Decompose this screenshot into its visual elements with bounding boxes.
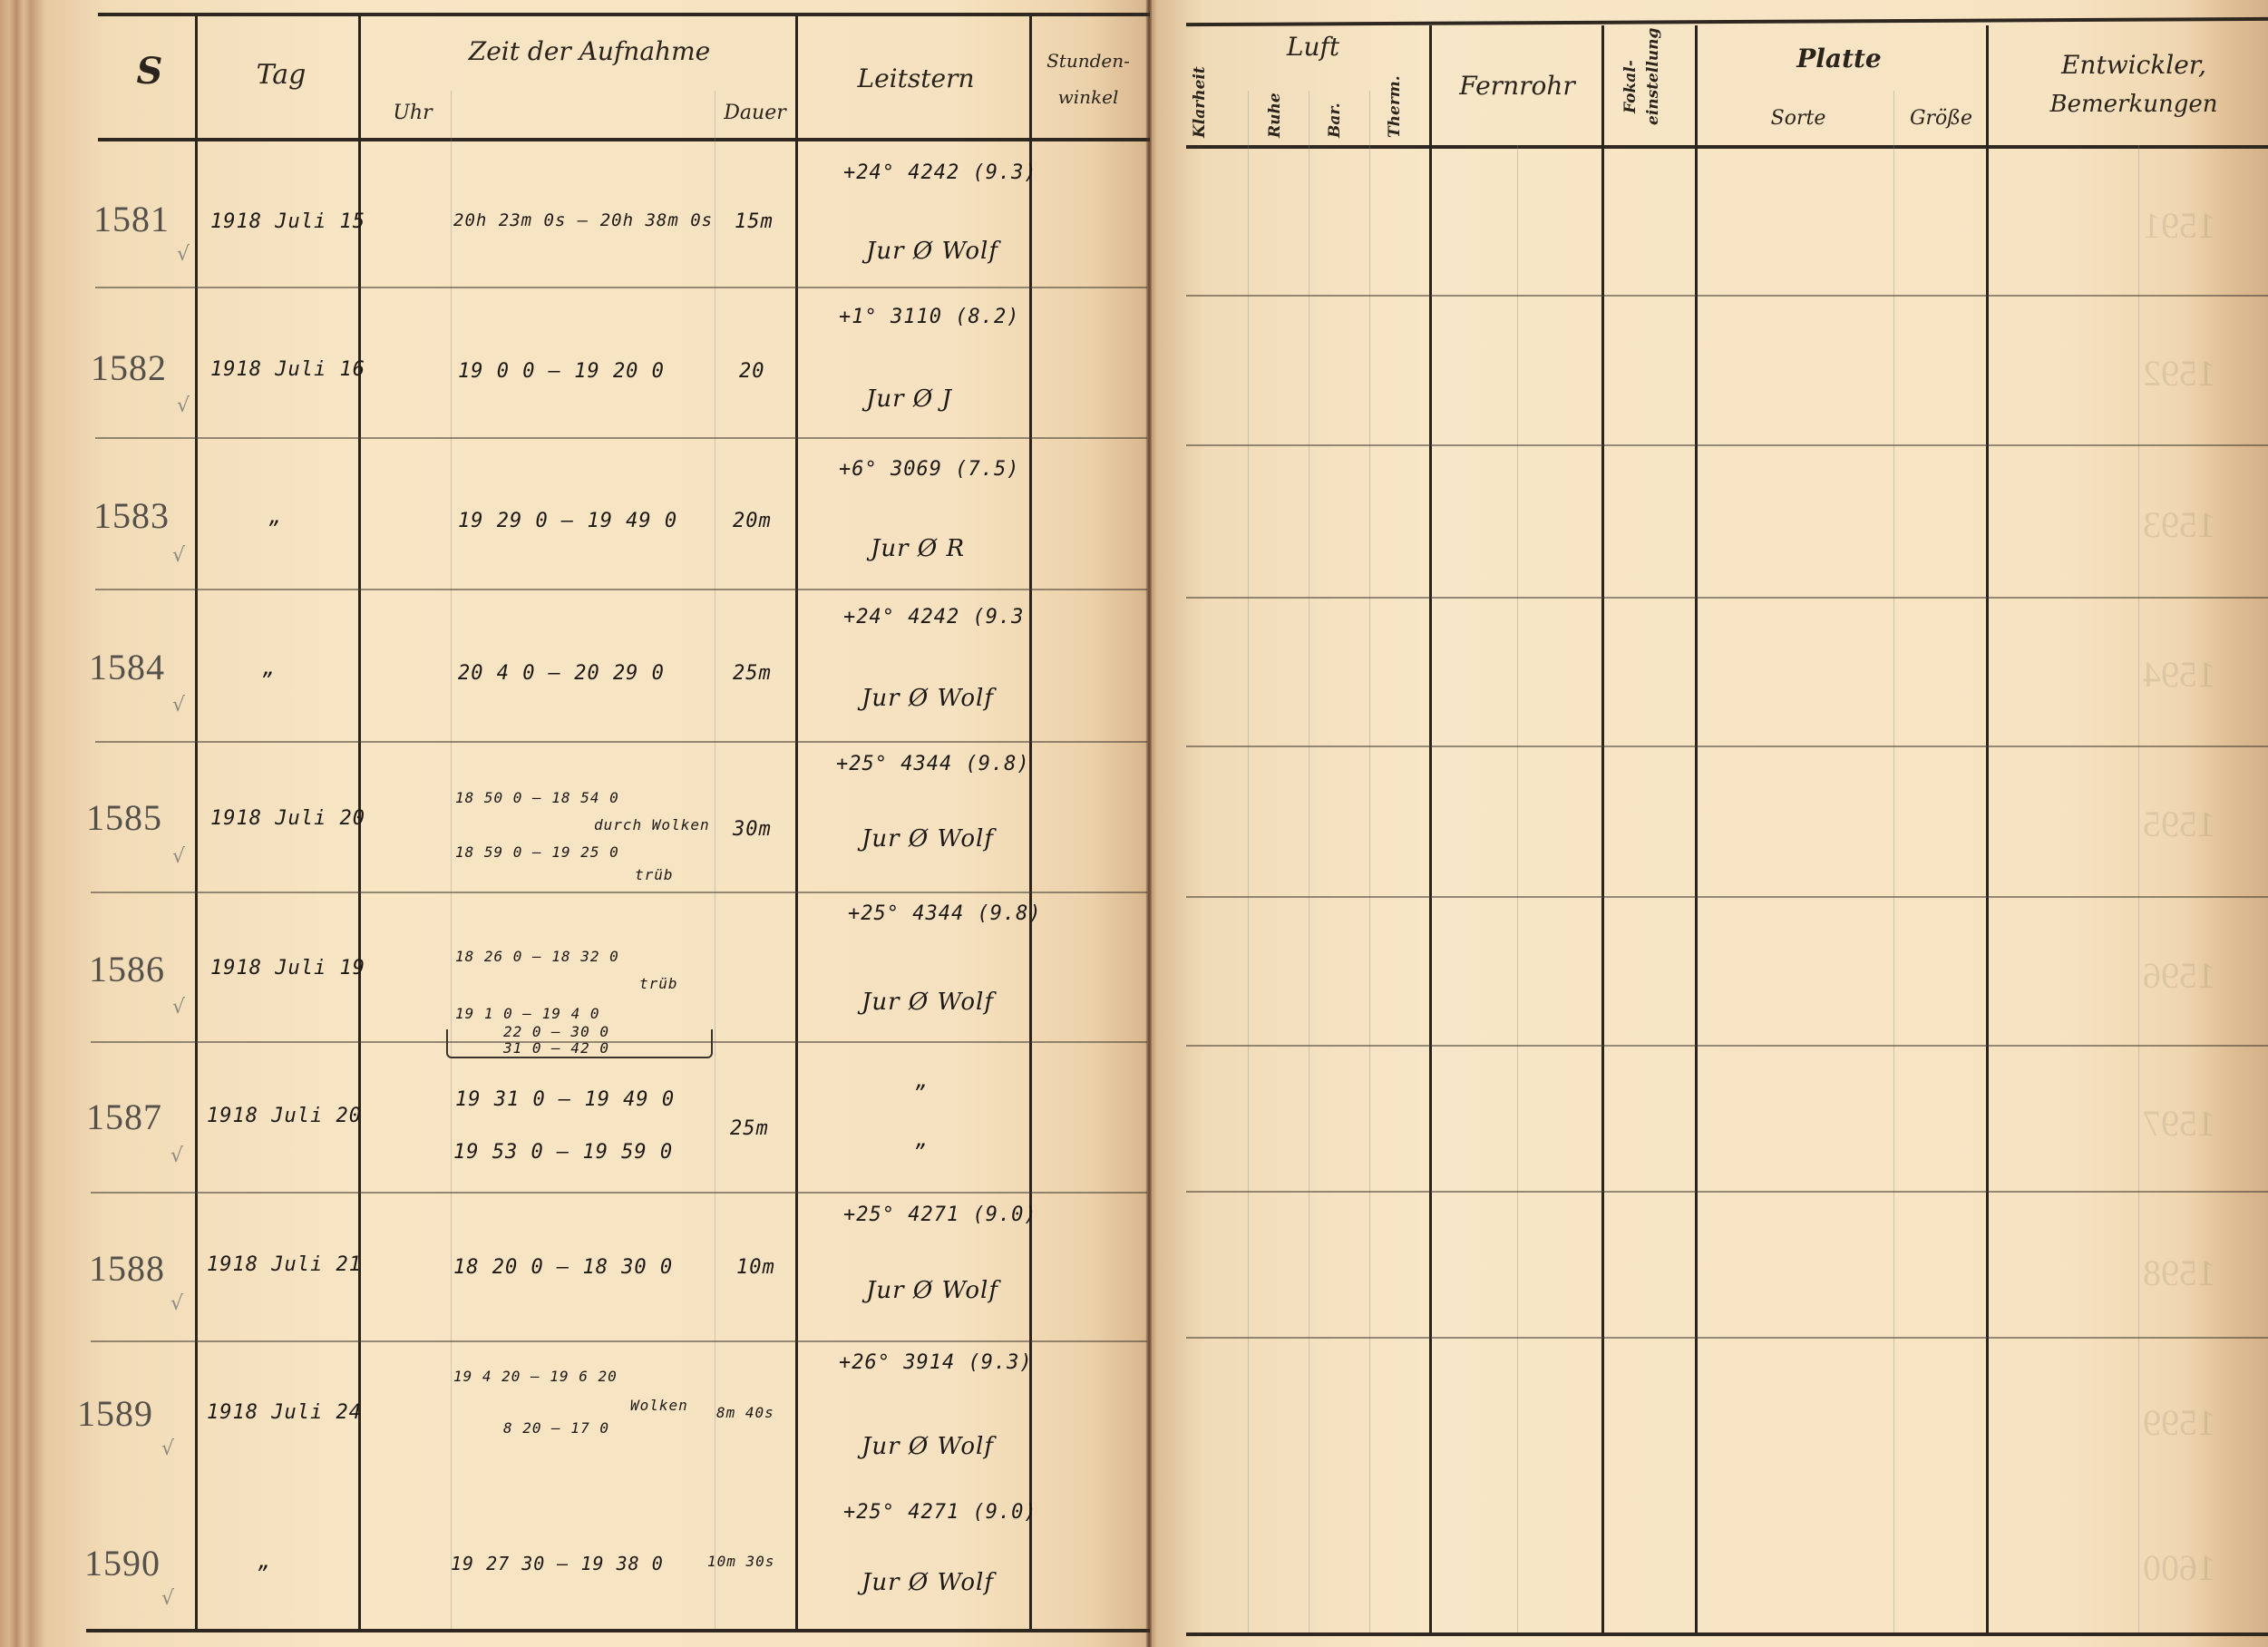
uhr-value: 19 4 20 – 19 6 20 [453, 1368, 618, 1385]
tag-value: 1918 Juli 15 [210, 210, 365, 233]
uhr-note: durch Wolken [594, 816, 710, 833]
column-divider-dauer [715, 91, 715, 1629]
row-line [1186, 1337, 2268, 1339]
check-mark: √ [161, 1437, 174, 1460]
row-line [95, 287, 1147, 288]
check-mark: √ [172, 996, 185, 1018]
check-mark: √ [177, 243, 190, 266]
row-line [1186, 746, 2268, 747]
leitstern-note: Jur Ø Wolf [861, 989, 994, 1016]
check-mark: √ [177, 395, 190, 417]
leitstern-note: Jur Ø R [871, 535, 965, 562]
dauer-value: 25m [730, 1117, 769, 1140]
plate-number: 1585 [86, 796, 162, 839]
row-line [1186, 295, 2268, 297]
right-page: Luft Klarheit Ruhe Bar. Therm. Fernrohr … [1150, 0, 2268, 1647]
row-line [95, 589, 1147, 590]
uhr-value: 19 27 30 – 19 38 0 [451, 1553, 664, 1574]
header-ruhe: Ruhe [1266, 93, 1284, 138]
dauer-value: 25m [733, 662, 772, 685]
bleed-through-number: 1594 [2143, 653, 2215, 696]
tag-value: „ [269, 506, 282, 529]
row-line [1186, 1045, 2268, 1047]
row-line [1186, 597, 2268, 599]
header-sorte: Sorte [1712, 107, 1884, 130]
column-divider-s-tag [195, 16, 198, 1629]
header-bottom-rule [98, 138, 1150, 141]
plate-number: 1589 [77, 1392, 153, 1435]
uhr-value: 31 0 – 42 0 [503, 1039, 609, 1057]
row-line [91, 1192, 1147, 1194]
column-divider-klarheit [1248, 91, 1249, 1632]
header-fokal-2: einstellung [1644, 28, 1662, 125]
uhr-note: trüb [635, 866, 674, 883]
header-platte: Platte [1739, 44, 1939, 73]
leitstern-value: +24° 4242 (9.3 [843, 606, 1024, 629]
tag-value: 1918 Juli 16 [210, 358, 365, 381]
bleed-through-number: 1599 [2143, 1401, 2215, 1444]
header-dauer: Dauer [716, 102, 793, 124]
header-fokal-1: Fokal- [1621, 60, 1640, 113]
bleed-through-number: 1598 [2143, 1252, 2215, 1294]
uhr-value: 19 29 0 – 19 49 0 [458, 510, 677, 532]
header-luft: Luft [1268, 32, 1358, 62]
uhr-value: 18 26 0 – 18 32 0 [455, 948, 619, 965]
tag-value: „ [258, 1551, 271, 1574]
check-mark: √ [172, 544, 185, 567]
leitstern-note: Jur Ø Wolf [861, 1569, 994, 1596]
bleed-through-number: 1596 [2143, 954, 2215, 997]
dauer-value: 8m 40s [716, 1404, 774, 1421]
bleed-through-number: 1593 [2143, 503, 2215, 546]
column-divider-fernrohr-fokal [1601, 25, 1604, 1632]
bleed-through-number: 1600 [2143, 1546, 2215, 1589]
tag-value: 1918 Juli 20 [207, 1105, 362, 1127]
header-bar: Bar. [1326, 102, 1344, 138]
row-line [95, 741, 1147, 743]
row-line [91, 1340, 1147, 1342]
header-bottom-rule [1186, 145, 2268, 149]
check-mark: √ [172, 845, 185, 868]
leitstern-note: „ [916, 1129, 929, 1152]
header-stundenwinkel-2: winkel [1034, 86, 1143, 108]
dauer-value: 30m [733, 818, 772, 841]
uhr-value: 19 53 0 – 19 59 0 [453, 1141, 673, 1164]
leitstern-value: „ [916, 1070, 929, 1093]
leitstern-value: +25° 4271 (9.0) [843, 1501, 1037, 1524]
uhr-value: 18 50 0 – 18 54 0 [455, 789, 619, 806]
header-tag: Tag [218, 59, 345, 91]
uhr-note: trüb [639, 975, 678, 992]
uhr-value: 19 1 0 – 19 4 0 [455, 1005, 600, 1022]
check-mark: √ [172, 694, 185, 716]
tag-value: „ [263, 658, 276, 680]
plate-number: 1581 [93, 198, 170, 240]
column-divider-fernrohr-mid [1517, 145, 1518, 1632]
leitstern-value: +25° 4271 (9.0) [843, 1204, 1037, 1226]
dauer-value: 15m [735, 210, 774, 233]
bleed-through-number: 1592 [2143, 352, 2215, 395]
column-divider-leitstern [795, 16, 798, 1629]
leitstern-note: Jur Ø Wolf [866, 1277, 998, 1304]
uhr-value: 20h 23m 0s – 20h 38m 0s [453, 210, 713, 230]
column-divider-bar [1369, 91, 1370, 1632]
dauer-value: 10m 30s [707, 1553, 774, 1570]
bleed-through-number: 1595 [2143, 803, 2215, 845]
header-s: S [122, 50, 177, 93]
plate-number: 1583 [93, 494, 170, 537]
check-mark: √ [170, 1145, 183, 1167]
bleed-through-number: 1591 [2143, 204, 2215, 247]
column-divider-sorte-groesse [1893, 91, 1894, 1632]
uhr-value: 8 20 – 17 0 [503, 1419, 609, 1437]
book-gutter [1146, 0, 1152, 1647]
header-stundenwinkel-1: Stunden- [1034, 50, 1143, 72]
uhr-value: 20 4 0 – 20 29 0 [458, 662, 665, 685]
header-therm: Therm. [1386, 75, 1404, 138]
plate-number: 1590 [84, 1542, 161, 1584]
column-divider-luft-fernrohr [1429, 25, 1432, 1632]
row-line [91, 892, 1147, 893]
header-entwickler-2: Bemerkungen [2002, 91, 2265, 118]
header-leitstern: Leitstern [807, 63, 1025, 93]
leitstern-value: +26° 3914 (9.3) [839, 1351, 1033, 1374]
top-rule [98, 13, 1150, 16]
leitstern-value: +25° 4344 (9.8) [836, 753, 1030, 775]
leitstern-value: +6° 3069 (7.5) [839, 458, 1019, 481]
leitstern-value: +25° 4344 (9.8) [848, 902, 1042, 925]
column-divider-fokal-platte [1695, 25, 1698, 1632]
plate-number: 1588 [89, 1247, 165, 1290]
column-divider-ruhe [1309, 91, 1309, 1632]
header-zeit-der-aufnahme: Zeit der Aufnahme [417, 36, 762, 66]
row-line [1186, 1191, 2268, 1193]
dauer-value: 20 [739, 360, 765, 383]
tag-value: 1918 Juli 21 [207, 1253, 362, 1276]
check-mark: √ [161, 1587, 174, 1610]
leitstern-note: Jur Ø J [866, 385, 952, 413]
uhr-value: 19 0 0 – 19 20 0 [458, 360, 665, 383]
column-divider-platte-entwickler [1986, 25, 1989, 1632]
row-line [95, 437, 1147, 439]
uhr-note: Wolken [630, 1397, 688, 1414]
header-fernrohr: Fernrohr [1436, 71, 1599, 101]
bottom-rule [1186, 1632, 2268, 1636]
row-line [1186, 444, 2268, 446]
tag-value: 1918 Juli 19 [210, 957, 365, 979]
leitstern-note: Jur Ø Wolf [861, 685, 994, 712]
bleed-through-number: 1597 [2143, 1102, 2215, 1145]
check-mark: √ [170, 1292, 183, 1315]
header-uhr: Uhr [381, 102, 444, 124]
uhr-value: 19 31 0 – 19 49 0 [455, 1088, 675, 1111]
leitstern-note: Jur Ø Wolf [861, 825, 994, 853]
plate-number: 1582 [91, 346, 167, 389]
leitstern-value: +24° 4242 (9.3) [843, 161, 1037, 184]
header-entwickler-1: Entwickler, [2002, 50, 2265, 80]
plate-number: 1586 [89, 948, 165, 990]
plate-number: 1587 [86, 1096, 162, 1138]
leitstern-note: Jur Ø Wolf [861, 1433, 994, 1460]
leitstern-note: Jur Ø Wolf [866, 238, 998, 265]
row-line [1186, 896, 2268, 898]
header-groesse: Größe [1898, 107, 1984, 130]
tag-value: 1918 Juli 20 [210, 807, 365, 830]
dauer-value: 20m [733, 510, 772, 532]
top-rule [1186, 17, 2268, 26]
column-divider-stundenwinkel [1029, 16, 1032, 1629]
column-divider-entwickler-mid [2138, 145, 2139, 1632]
dauer-value: 10m [736, 1256, 775, 1279]
left-page: S Tag Zeit der Aufnahme Uhr Dauer Leitst… [0, 0, 1150, 1647]
header-klarheit: Klarheit [1191, 66, 1209, 138]
column-divider-uhr [451, 91, 452, 1629]
tag-value: 1918 Juli 24 [207, 1401, 362, 1424]
leitstern-value: +1° 3110 (8.2) [839, 306, 1019, 328]
plate-number: 1584 [89, 646, 165, 688]
uhr-value: 18 59 0 – 19 25 0 [455, 843, 619, 861]
bottom-rule [86, 1629, 1150, 1632]
uhr-value: 18 20 0 – 18 30 0 [453, 1256, 673, 1279]
